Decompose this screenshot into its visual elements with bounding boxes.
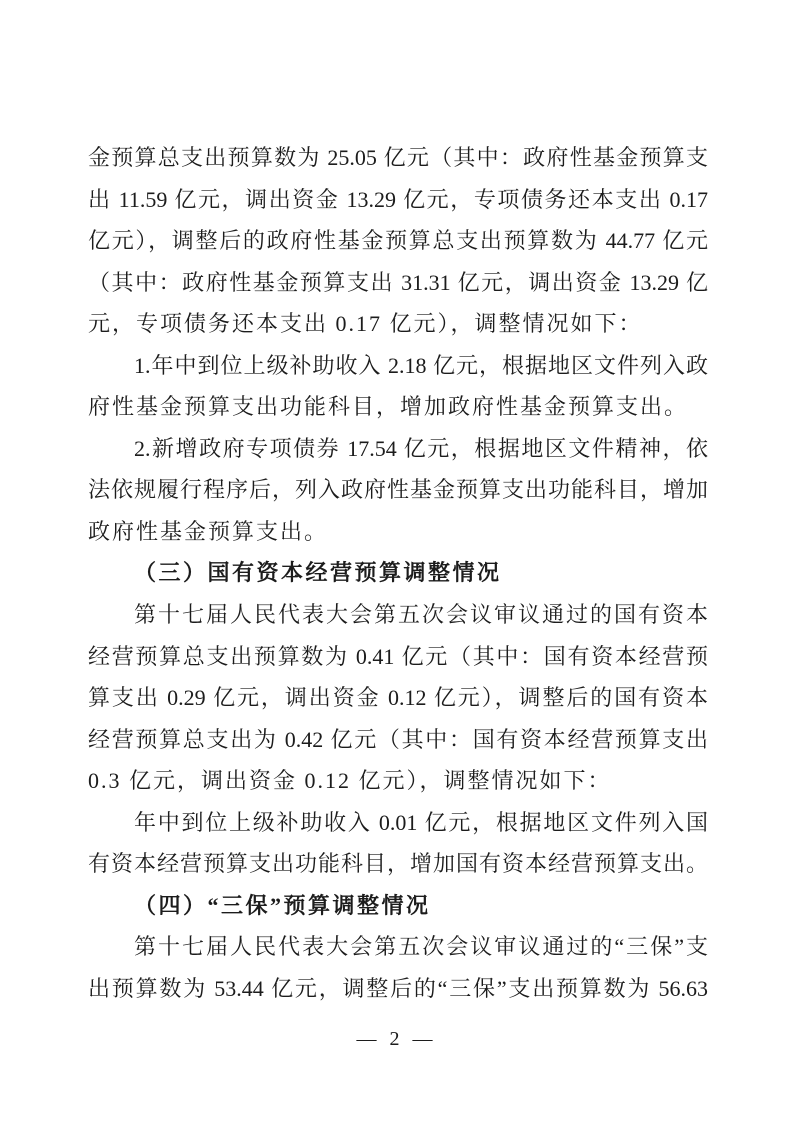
- text-line: 2.新增政府专项债券 17.54 亿元，根据地区文件精神，依: [88, 428, 708, 470]
- text-line: 出 11.59 亿元，调出资金 13.29 亿元，专项债务还本支出 0.17: [88, 179, 708, 221]
- text-line: 经营预算总支出预算数为 0.41 亿元（其中：国有资本经营预: [88, 636, 708, 678]
- text-line: 1.年中到位上级补助收入 2.18 亿元，根据地区文件列入政: [88, 345, 708, 387]
- text-line: 亿元），调整后的政府性基金预算总支出预算数为 44.77 亿元: [88, 220, 708, 262]
- page-footer: — 2 —: [0, 1023, 793, 1055]
- section-heading: （四）“三保”预算调整情况: [88, 885, 708, 927]
- text-line: 0.3 亿元，调出资金 0.12 亿元），调整情况如下：: [88, 760, 708, 802]
- text-line: 出预算数为 53.44 亿元，调整后的“三保”支出预算数为 56.63: [88, 968, 708, 1010]
- text-line: 政府性基金预算支出。: [88, 511, 708, 553]
- text-line: 年中到位上级补助收入 0.01 亿元，根据地区文件列入国: [88, 802, 708, 844]
- text-line: 法依规履行程序后，列入政府性基金预算支出功能科目，增加: [88, 469, 708, 511]
- text-line: （其中：政府性基金预算支出 31.31 亿元，调出资金 13.29 亿: [88, 262, 708, 304]
- text-line: 金预算总支出预算数为 25.05 亿元（其中：政府性基金预算支: [88, 137, 708, 179]
- page-number: — 2 —: [357, 1028, 437, 1050]
- text-line: 有资本经营预算支出功能科目，增加国有资本经营预算支出。: [88, 843, 708, 885]
- text-line: 经营预算总支出为 0.42 亿元（其中：国有资本经营预算支出: [88, 719, 708, 761]
- text-line: 元，专项债务还本支出 0.17 亿元），调整情况如下：: [88, 303, 708, 345]
- text-line: 府性基金预算支出功能科目，增加政府性基金预算支出。: [88, 386, 708, 428]
- text-line: 算支出 0.29 亿元，调出资金 0.12 亿元），调整后的国有资本: [88, 677, 708, 719]
- section-heading: （三）国有资本经营预算调整情况: [88, 552, 708, 594]
- text-line: 第十七届人民代表大会第五次会议审议通过的“三保”支: [88, 926, 708, 968]
- document-body: 金预算总支出预算数为 25.05 亿元（其中：政府性基金预算支出 11.59 亿…: [88, 137, 708, 1009]
- document-page: 金预算总支出预算数为 25.05 亿元（其中：政府性基金预算支出 11.59 亿…: [0, 0, 793, 1122]
- text-line: 第十七届人民代表大会第五次会议审议通过的国有资本: [88, 594, 708, 636]
